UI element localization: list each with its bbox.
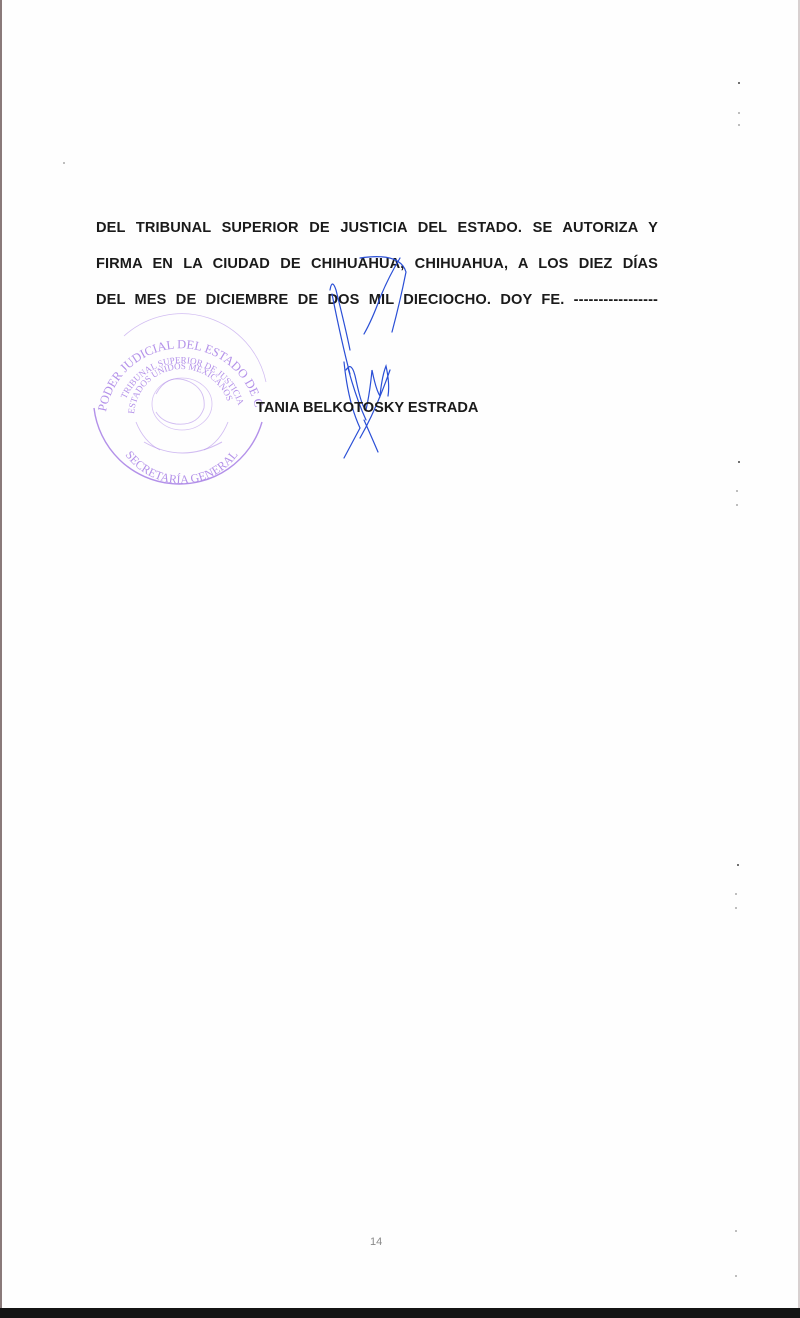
- scan-speck: [735, 907, 737, 909]
- scan-speck: [738, 461, 740, 463]
- scan-speck: [735, 1275, 737, 1277]
- scan-speck: [735, 1230, 737, 1232]
- scan-speck: [738, 112, 740, 114]
- paragraph-line: DEL TRIBUNAL SUPERIOR DE JUSTICIA DEL ES…: [96, 218, 658, 254]
- scan-bottom-band: [0, 1308, 800, 1318]
- signer-name: TANIA BELKOTOSKY ESTRADA: [256, 400, 478, 416]
- scan-speck: [735, 893, 737, 895]
- document-page: DEL TRIBUNAL SUPERIOR DE JUSTICIA DEL ES…: [0, 0, 800, 1318]
- scan-speck: [738, 124, 740, 126]
- official-seal-icon: PODER JUDICIAL DEL ESTADO DE CHIHUAHUA T…: [84, 312, 274, 502]
- signature-icon: [320, 250, 420, 460]
- svg-text:SECRETARÍA GENERAL: SECRETARÍA GENERAL: [123, 448, 241, 487]
- scan-speck: [737, 864, 739, 866]
- page-number: 14: [370, 1236, 382, 1248]
- scan-speck: [738, 82, 740, 84]
- scan-speck: [736, 504, 738, 506]
- scan-speck: [736, 490, 738, 492]
- scan-left-edge: [0, 0, 2, 1308]
- scan-speck: [63, 162, 65, 164]
